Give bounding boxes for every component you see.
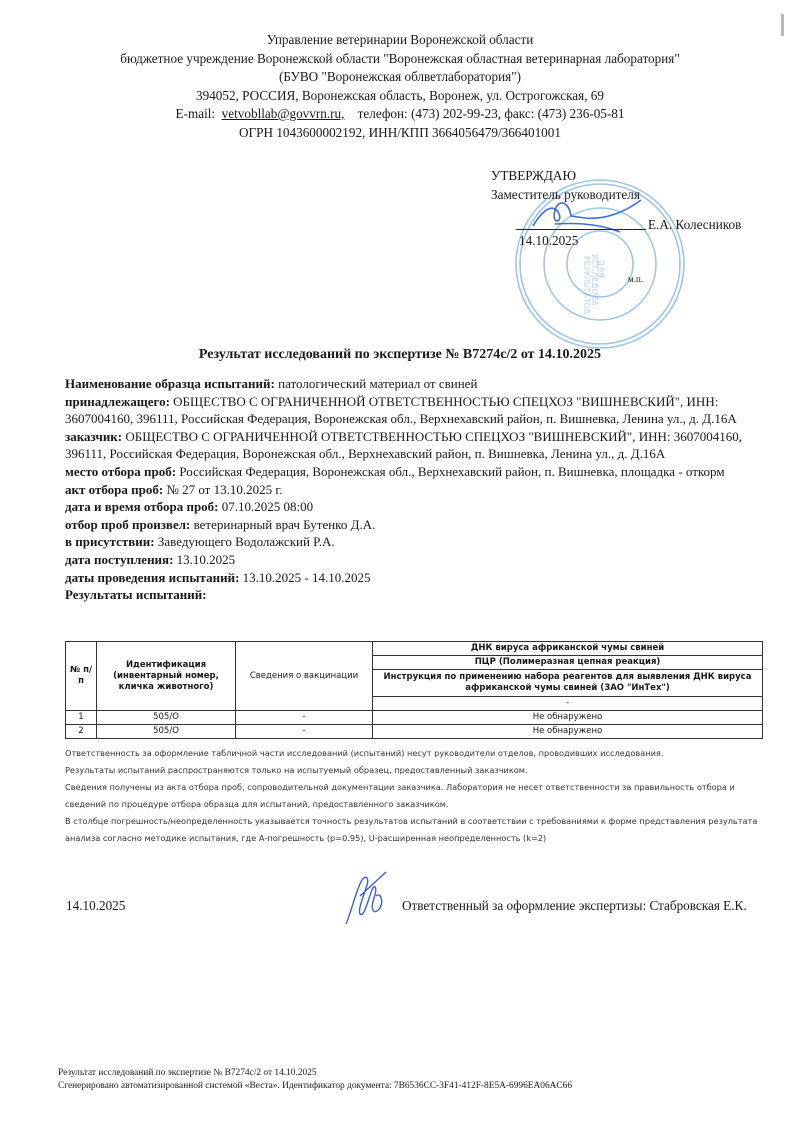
note: В столбце погрешность/неопределенность у…	[65, 813, 775, 847]
field-test-dates: даты проведения испытаний: 13.10.2025 - …	[65, 569, 770, 587]
note: Результаты испытаний распространяются то…	[65, 762, 775, 779]
approver-signature-icon	[525, 196, 645, 236]
field-value: 07.10.2025 08:00	[222, 499, 313, 514]
phone-fax: телефон: (473) 202-99-23, факс: (473) 23…	[358, 106, 625, 121]
footer-date: 14.10.2025	[66, 898, 125, 914]
cell-result: Не обнаружено	[373, 725, 763, 739]
col-header-method: ПЦР (Полимеразная цепная реакция)	[373, 656, 763, 670]
field-label: дата и время отбора проб:	[65, 499, 219, 514]
email-link[interactable]: vetvobllab@govvrn.ru,	[222, 106, 345, 121]
email-label: E-mail:	[176, 106, 216, 121]
field-sample-name: Наименование образца испытаний: патологи…	[65, 375, 770, 393]
field-label: Результаты испытаний:	[65, 587, 207, 602]
footer-doc-ref: Результат исследований по экспертизе № В…	[58, 1067, 572, 1080]
sample-info: Наименование образца испытаний: патологи…	[65, 375, 770, 604]
field-received-date: дата поступления: 13.10.2025	[65, 551, 770, 569]
seal-mark: м.п.	[628, 274, 643, 284]
field-sampled-by: отбор проб произвел: ветеринарный врач Б…	[65, 516, 770, 534]
col-header-num: № п/п	[66, 642, 97, 711]
ogrn-line: ОГРН 1043600002192, ИНН/КПП 3664056479/3…	[0, 124, 800, 143]
cell-num: 2	[66, 725, 97, 739]
letterhead-line: 394052, РОССИЯ, Воронежская область, Вор…	[0, 87, 800, 106]
results-table: № п/п Идентификация (инвентарный номер, …	[65, 641, 763, 739]
field-label: Наименование образца испытаний:	[65, 376, 275, 391]
field-sampling-place: место отбора проб: Российская Федерация,…	[65, 463, 770, 481]
field-label: принадлежащего:	[65, 394, 170, 409]
field-label: дата поступления:	[65, 552, 173, 567]
svg-text:ИССЛЕДОВА-: ИССЛЕДОВА-	[590, 254, 599, 309]
field-sampling-act: акт отбора проб: № 27 от 13.10.2025 г.	[65, 481, 770, 499]
field-label: место отбора проб:	[65, 464, 176, 479]
field-value: № 27 от 13.10.2025 г.	[166, 482, 282, 497]
table-header-row: № п/п Идентификация (инвентарный номер, …	[66, 642, 763, 656]
field-value: 13.10.2025 - 14.10.2025	[243, 570, 371, 585]
field-customer: заказчик: ОБЩЕСТВО С ОГРАНИЧЕННОЙ ОТВЕТС…	[65, 428, 770, 463]
field-label: заказчик:	[65, 429, 122, 444]
svg-text:РЕЗУЛЬТАТОВ: РЕЗУЛЬТАТОВ	[582, 256, 591, 314]
disclaimer-notes: Ответственность за оформление табличной …	[65, 745, 775, 847]
field-value: 13.10.2025	[177, 552, 236, 567]
note: Сведения получены из акта отбора проб, с…	[65, 779, 775, 813]
field-value: ветеринарный врач Бутенко Д.А.	[194, 517, 376, 532]
cell-result: Не обнаружено	[373, 711, 763, 725]
field-label: даты проведения испытаний:	[65, 570, 239, 585]
approval-date: 14.10.2025	[519, 233, 578, 249]
cell-vaccination: -	[236, 725, 373, 739]
col-header-id: Идентификация (инвентарный номер, кличка…	[97, 642, 236, 711]
field-value: Заведующего Водолажский Р.А.	[158, 534, 335, 549]
signature-line	[516, 229, 646, 230]
approval-label: УТВЕРЖДАЮ	[491, 166, 640, 185]
letterhead-line: Управление ветеринарии Воронежской облас…	[0, 31, 800, 50]
responsible-signature-icon	[340, 870, 390, 926]
letterhead-line: (БУВО "Воронежская облветлаборатория")	[0, 68, 800, 87]
table-row: 2 505/O - Не обнаружено	[66, 725, 763, 739]
field-sampling-datetime: дата и время отбора проб: 07.10.2025 08:…	[65, 498, 770, 516]
field-value: Российская Федерация, Воронежская обл., …	[179, 464, 724, 479]
responsible-person: Ответственный за оформление экспертизы: …	[402, 898, 747, 914]
col-header-test: ДНК вируса африканской чумы свиней	[373, 642, 763, 656]
letterhead: Управление ветеринарии Воронежской облас…	[0, 31, 800, 142]
letterhead-line: бюджетное учреждение Воронежской области…	[0, 50, 800, 69]
cell-id: 505/O	[97, 725, 236, 739]
page-footer: Результат исследований по экспертизе № В…	[58, 1067, 572, 1093]
field-value: патологический материал от свиней	[278, 376, 477, 391]
col-header-units: -	[373, 697, 763, 711]
contacts-line: E-mail: vetvobllab@govvrn.ru, телефон: (…	[0, 105, 800, 124]
cell-num: 1	[66, 711, 97, 725]
table-row: 1 505/O - Не обнаружено	[66, 711, 763, 725]
field-label: в присутствии:	[65, 534, 155, 549]
note: Ответственность за оформление табличной …	[65, 745, 775, 762]
field-label: отбор проб произвел:	[65, 517, 190, 532]
cell-id: 505/O	[97, 711, 236, 725]
document-title: Результат исследований по экспертизе № В…	[0, 347, 800, 363]
col-header-instruction: Инструкция по применению набора реагенто…	[373, 670, 763, 697]
field-value: ОБЩЕСТВО С ОГРАНИЧЕННОЙ ОТВЕТСТВЕННОСТЬЮ…	[65, 429, 742, 462]
field-witness: в присутствии: Заведующего Водолажский Р…	[65, 533, 770, 551]
field-results-heading: Результаты испытаний:	[65, 586, 770, 604]
field-label: акт отбора проб:	[65, 482, 163, 497]
field-owner: принадлежащего: ОБЩЕСТВО С ОГРАНИЧЕННОЙ …	[65, 393, 770, 428]
col-header-vaccination: Сведения о вакцинации	[236, 642, 373, 711]
cell-vaccination: -	[236, 711, 373, 725]
approver-name: Е.А. Колесников	[648, 217, 741, 233]
footer-generated: Сгенерировано автоматизированной системо…	[58, 1080, 572, 1093]
